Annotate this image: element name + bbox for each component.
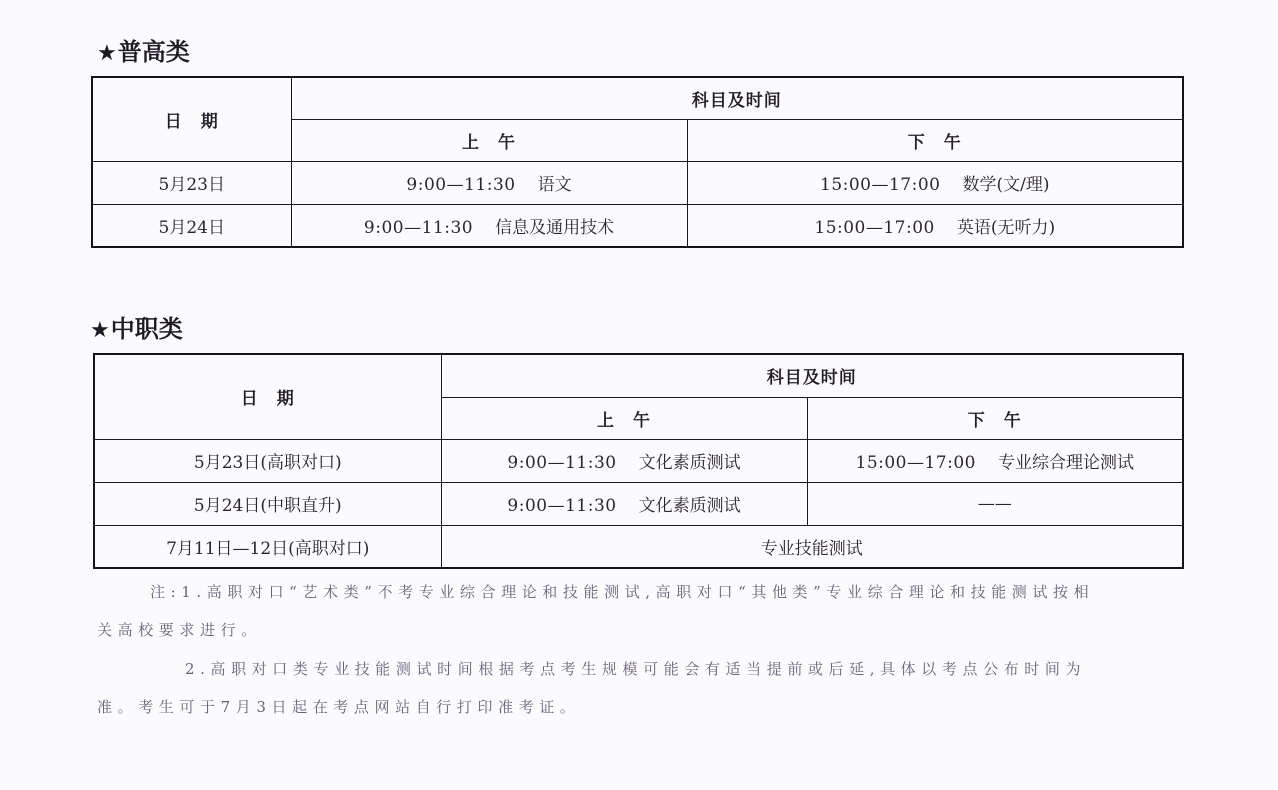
row-afternoon-cell: 15:00—17:00数学(文/理) bbox=[687, 161, 1183, 204]
table-row: 5月23日 9:00—11:30语文 15:00—17:00数学(文/理) bbox=[92, 161, 1183, 204]
row-date: 5月23日(高职对口) bbox=[94, 439, 441, 482]
section-title-general-high-school: ★普高类 bbox=[97, 38, 190, 68]
table-row: 5月23日(高职对口) 9:00—11:30文化素质测试 15:00—17:00… bbox=[94, 439, 1183, 482]
afternoon-subject: 数学(文/理) bbox=[962, 175, 1049, 195]
section-title-vocational: ★中职类 bbox=[90, 315, 183, 345]
row-morning-cell: 9:00—11:30文化素质测试 bbox=[441, 482, 807, 525]
afternoon-time: 15:00—17:00 bbox=[814, 218, 934, 238]
afternoon-subject: 英语(无听力) bbox=[957, 218, 1055, 238]
header-date: 日 期 bbox=[92, 77, 291, 161]
morning-subject: 文化素质测试 bbox=[639, 453, 741, 473]
morning-time: 9:00—11:30 bbox=[507, 496, 616, 516]
star-icon: ★ bbox=[97, 41, 117, 66]
row-afternoon-cell: 15:00—17:00英语(无听力) bbox=[687, 204, 1183, 247]
afternoon-time: 15:00—17:00 bbox=[856, 453, 976, 473]
morning-time: 9:00—11:30 bbox=[364, 218, 473, 238]
row-morning-cell: 9:00—11:30语文 bbox=[291, 161, 687, 204]
afternoon-subject: 专业综合理论测试 bbox=[998, 453, 1134, 473]
header-afternoon: 下 午 bbox=[687, 119, 1183, 161]
row-merged-subject: 专业技能测试 bbox=[441, 525, 1183, 568]
row-morning-cell: 9:00—11:30信息及通用技术 bbox=[291, 204, 687, 247]
header-date: 日 期 bbox=[94, 354, 441, 439]
exam-schedule-table-general: 日 期 科目及时间 上 午 下 午 5月23日 9:00—11:30语文 15:… bbox=[91, 76, 1184, 248]
note-line-2: 关高校要求进行。 bbox=[97, 620, 262, 640]
note-line-4: 准。考生可于7月3日起在考点网站自行打印准考证。 bbox=[97, 697, 581, 717]
header-subject-time: 科目及时间 bbox=[441, 354, 1183, 397]
row-date: 7月11日—12日(高职对口) bbox=[94, 525, 441, 568]
row-date: 5月24日(中职直升) bbox=[94, 482, 441, 525]
morning-subject: 信息及通用技术 bbox=[495, 218, 614, 238]
note-line-3: 2.高职对口类专业技能测试时间根据考点考生规模可能会有适当提前或后延,具体以考点… bbox=[185, 659, 1086, 679]
row-morning-cell: 9:00—11:30文化素质测试 bbox=[441, 439, 807, 482]
row-afternoon-empty: —— bbox=[807, 482, 1183, 525]
morning-subject: 语文 bbox=[538, 175, 572, 195]
morning-subject: 文化素质测试 bbox=[639, 496, 741, 516]
header-morning: 上 午 bbox=[441, 397, 807, 439]
section-title-text: 中职类 bbox=[111, 315, 183, 343]
table-row: 5月24日 9:00—11:30信息及通用技术 15:00—17:00英语(无听… bbox=[92, 204, 1183, 247]
header-subject-time: 科目及时间 bbox=[291, 77, 1183, 119]
table-row: 5月24日(中职直升) 9:00—11:30文化素质测试 —— bbox=[94, 482, 1183, 525]
morning-time: 9:00—11:30 bbox=[406, 175, 515, 195]
header-afternoon: 下 午 bbox=[807, 397, 1183, 439]
morning-time: 9:00—11:30 bbox=[507, 453, 616, 473]
note-line-1: 注:1.高职对口“艺术类”不考专业综合理论和技能测试,高职对口“其他类”专业综合… bbox=[150, 582, 1094, 602]
afternoon-time: 15:00—17:00 bbox=[820, 175, 940, 195]
exam-schedule-table-vocational: 日 期 科目及时间 上 午 下 午 5月23日(高职对口) 9:00—11:30… bbox=[93, 353, 1184, 569]
row-date: 5月23日 bbox=[92, 161, 291, 204]
section-title-text: 普高类 bbox=[118, 38, 190, 66]
table-row: 7月11日—12日(高职对口) 专业技能测试 bbox=[94, 525, 1183, 568]
star-icon: ★ bbox=[90, 318, 110, 343]
row-date: 5月24日 bbox=[92, 204, 291, 247]
row-afternoon-cell: 15:00—17:00专业综合理论测试 bbox=[807, 439, 1183, 482]
header-morning: 上 午 bbox=[291, 119, 687, 161]
